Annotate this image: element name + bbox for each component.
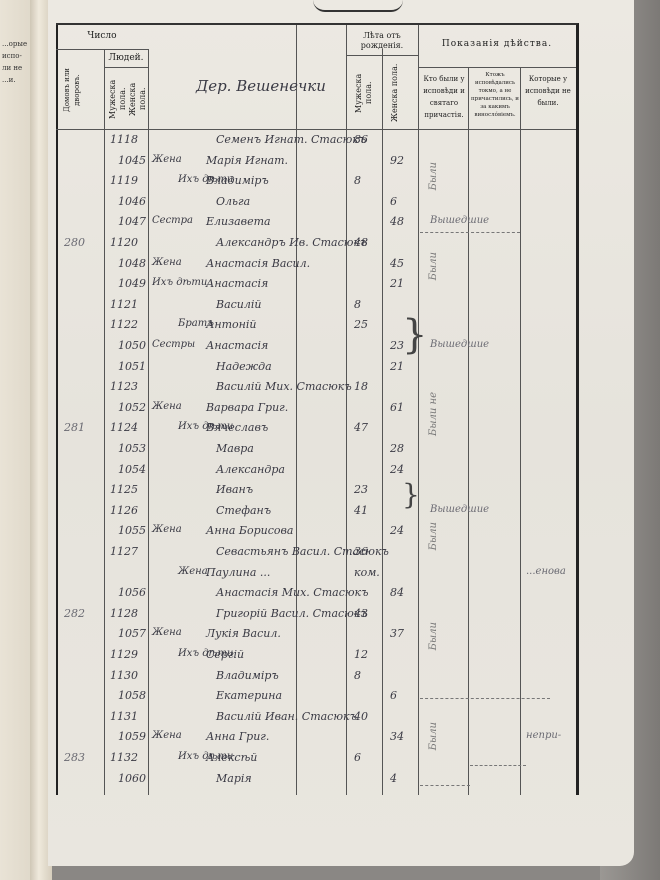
age-female: 24 bbox=[390, 463, 404, 476]
age-female: 21 bbox=[390, 277, 404, 290]
person-name: Мавра bbox=[216, 442, 254, 455]
brace-mark: } bbox=[402, 315, 427, 355]
header-age-male: Мужеска пола. bbox=[354, 61, 374, 125]
person-name: Марія bbox=[216, 772, 252, 785]
person-name: Василій Мих. Стасюкъ bbox=[216, 380, 352, 393]
person-name: Василій bbox=[216, 298, 262, 311]
relation: Жена bbox=[178, 566, 208, 577]
relation: Жена bbox=[152, 154, 182, 165]
confessed-note: Были bbox=[428, 252, 439, 280]
confessed-note: Были bbox=[428, 622, 439, 650]
person-name: Александръ Ив. Стасюкъ bbox=[216, 236, 367, 249]
action-note: Вышедшие bbox=[430, 504, 489, 515]
relation: Жена bbox=[152, 401, 182, 412]
age-male: 36 bbox=[354, 545, 368, 558]
male-number: 1128 bbox=[110, 607, 138, 620]
person-name: Василій Иван. Стасюкъ bbox=[216, 710, 357, 723]
age-female: 92 bbox=[390, 154, 404, 167]
grid-line bbox=[104, 49, 105, 795]
female-number: 1060 bbox=[118, 772, 146, 785]
age-female: 24 bbox=[390, 524, 404, 537]
person-name: Григорій Васил. Стасюкъ bbox=[216, 607, 368, 620]
age-female: 28 bbox=[390, 442, 404, 455]
brace-mark: } bbox=[402, 475, 420, 515]
header-action: Показанія дѣйства. bbox=[420, 39, 574, 49]
age-male: 23 bbox=[354, 483, 368, 496]
female-number: 1052 bbox=[118, 401, 146, 414]
person-name: Варвара Григ. bbox=[206, 401, 288, 414]
grid-line bbox=[56, 49, 148, 50]
female-number: 1058 bbox=[118, 689, 146, 702]
age-female: 48 bbox=[390, 215, 404, 228]
age-female: 34 bbox=[390, 730, 404, 743]
male-number: 1132 bbox=[110, 751, 138, 764]
action-note: Вышедшие bbox=[430, 215, 489, 226]
grid-line bbox=[418, 25, 419, 795]
person-name: Семенъ Игнат. Стасюкъ bbox=[216, 133, 366, 146]
male-number: 1122 bbox=[110, 318, 138, 331]
age-male: 48 bbox=[354, 236, 368, 249]
person-name: Анастасія bbox=[206, 339, 268, 352]
person-name: Алексѣй bbox=[206, 751, 257, 764]
header-people: Людей. bbox=[104, 53, 148, 63]
action-note: ...енова bbox=[526, 566, 566, 577]
person-name: Елизавета bbox=[206, 215, 271, 228]
house-number: 282 bbox=[64, 607, 85, 620]
register-page: Число Людей. Домовъ или дворовъ. Мужеска… bbox=[48, 0, 634, 866]
age-male: 25 bbox=[354, 318, 368, 331]
dash-mark bbox=[470, 765, 526, 766]
female-number: 1059 bbox=[118, 730, 146, 743]
house-number: 281 bbox=[64, 421, 85, 434]
person-name: Иванъ bbox=[216, 483, 253, 496]
header-male: Мужеска пола. bbox=[108, 73, 126, 125]
relation: Жена bbox=[152, 730, 182, 741]
male-number: 1126 bbox=[110, 504, 138, 517]
dash-mark bbox=[420, 232, 520, 233]
male-number: 1130 bbox=[110, 669, 138, 682]
left-page-fragment: ли не bbox=[2, 64, 32, 73]
female-number: 1046 bbox=[118, 195, 146, 208]
female-number: 1047 bbox=[118, 215, 146, 228]
person-name: Ольга bbox=[216, 195, 250, 208]
relation: Сестра bbox=[152, 215, 193, 226]
age-male: 8 bbox=[354, 669, 361, 682]
action-note: Вышедшие bbox=[430, 339, 489, 350]
person-name: Анна Борисова bbox=[206, 524, 293, 537]
age-female: 84 bbox=[390, 586, 404, 599]
person-name: Лукія Васил. bbox=[206, 627, 281, 640]
grid-line bbox=[382, 49, 383, 795]
male-number: 1118 bbox=[110, 133, 138, 146]
male-number: 1127 bbox=[110, 545, 138, 558]
grid-line bbox=[520, 67, 521, 795]
male-number: 1129 bbox=[110, 648, 138, 661]
female-number: 1051 bbox=[118, 360, 146, 373]
age-male: 41 bbox=[354, 504, 368, 517]
female-number: 1056 bbox=[118, 586, 146, 599]
age-male: 12 bbox=[354, 648, 368, 661]
confessed-note: Были не bbox=[428, 392, 439, 436]
person-name: Анастасія Васил. bbox=[206, 257, 310, 270]
printed-emblem bbox=[313, 0, 403, 12]
relation: Сестры bbox=[152, 339, 195, 350]
confessed-note: Были bbox=[428, 162, 439, 190]
person-name: Паулина ... bbox=[206, 566, 270, 579]
female-number: 1049 bbox=[118, 277, 146, 290]
male-number: 1125 bbox=[110, 483, 138, 496]
person-name: Анна Григ. bbox=[206, 730, 269, 743]
header-female: Женска пола. bbox=[128, 73, 146, 125]
male-number: 1121 bbox=[110, 298, 138, 311]
header-age-female: Женска пола. bbox=[390, 61, 410, 125]
village-heading: Дер. Вешенечки bbox=[196, 77, 326, 95]
header-confessed: Кто были у исповѣди и святаго причастія. bbox=[420, 73, 468, 121]
male-number: 1131 bbox=[110, 710, 138, 723]
person-name: Екатерина bbox=[216, 689, 282, 702]
age-male: 40 bbox=[354, 710, 368, 723]
age-male: 47 bbox=[354, 421, 368, 434]
age-male: ком. bbox=[354, 566, 380, 579]
register-table: Число Людей. Домовъ или дворовъ. Мужеска… bbox=[56, 23, 579, 795]
female-number: 1048 bbox=[118, 257, 146, 270]
person-name: Сергій bbox=[206, 648, 244, 661]
person-name: Надежда bbox=[216, 360, 272, 373]
confessed-note: Были bbox=[428, 522, 439, 550]
left-page-fragment: испо- bbox=[2, 52, 32, 61]
person-name: Стефанъ bbox=[216, 504, 271, 517]
person-name: Владиміръ bbox=[206, 174, 269, 187]
age-female: 6 bbox=[390, 689, 397, 702]
confessed-note: Были bbox=[428, 722, 439, 750]
dash-mark bbox=[420, 698, 550, 699]
age-female: 4 bbox=[390, 772, 397, 785]
header-households: Домовъ или дворовъ. bbox=[62, 57, 98, 123]
age-female: 61 bbox=[390, 401, 404, 414]
person-name: Антоній bbox=[206, 318, 256, 331]
age-female: 6 bbox=[390, 195, 397, 208]
header-age: Лѣта отъ рожденія. bbox=[348, 31, 416, 51]
age-female: 45 bbox=[390, 257, 404, 270]
male-number: 1120 bbox=[110, 236, 138, 249]
grid-line bbox=[468, 67, 469, 795]
age-male: 43 bbox=[354, 607, 368, 620]
grid-line bbox=[148, 49, 149, 795]
female-number: 1054 bbox=[118, 463, 146, 476]
grid-line bbox=[346, 55, 418, 56]
relation: Жена bbox=[152, 627, 182, 638]
female-number: 1045 bbox=[118, 154, 146, 167]
female-number: 1050 bbox=[118, 339, 146, 352]
female-number: 1057 bbox=[118, 627, 146, 640]
female-number: 1053 bbox=[118, 442, 146, 455]
male-number: 1119 bbox=[110, 174, 138, 187]
male-number: 1124 bbox=[110, 421, 138, 434]
action-note: непри- bbox=[526, 730, 561, 741]
male-number: 1123 bbox=[110, 380, 138, 393]
person-name: Анастасія Мих. Стасюкъ bbox=[216, 586, 368, 599]
age-female: 37 bbox=[390, 627, 404, 640]
grid-line bbox=[56, 129, 576, 130]
table-border-left bbox=[56, 25, 58, 795]
age-male: 18 bbox=[354, 380, 368, 393]
age-male: 8 bbox=[354, 174, 361, 187]
person-name: Александра bbox=[216, 463, 285, 476]
grid-line bbox=[418, 67, 576, 68]
relation: Жена bbox=[152, 524, 182, 535]
left-page-fragment: ...и. bbox=[2, 76, 32, 85]
header-number: Число bbox=[56, 31, 148, 41]
header-not-confessed: Которые у исповѣди не были. bbox=[522, 73, 574, 109]
person-name: Анастасія bbox=[206, 277, 268, 290]
house-number: 283 bbox=[64, 751, 85, 764]
header-confessed-only: Ктожъ исповѣдались токмо, а не причастил… bbox=[470, 71, 520, 119]
person-name: Марія Игнат. bbox=[206, 154, 288, 167]
dash-mark bbox=[420, 785, 470, 786]
age-male: 86 bbox=[354, 133, 368, 146]
house-number: 280 bbox=[64, 236, 85, 249]
relation: Ихъ дѣти bbox=[152, 277, 207, 288]
relation: Жена bbox=[152, 257, 182, 268]
female-number: 1055 bbox=[118, 524, 146, 537]
person-name: Владиміръ bbox=[216, 669, 279, 682]
age-male: 8 bbox=[354, 298, 361, 311]
grid-line bbox=[104, 67, 148, 68]
age-female: 21 bbox=[390, 360, 404, 373]
person-name: Вячеславъ bbox=[206, 421, 268, 434]
left-page-fragment: ...орые bbox=[2, 40, 32, 49]
age-male: 6 bbox=[354, 751, 361, 764]
